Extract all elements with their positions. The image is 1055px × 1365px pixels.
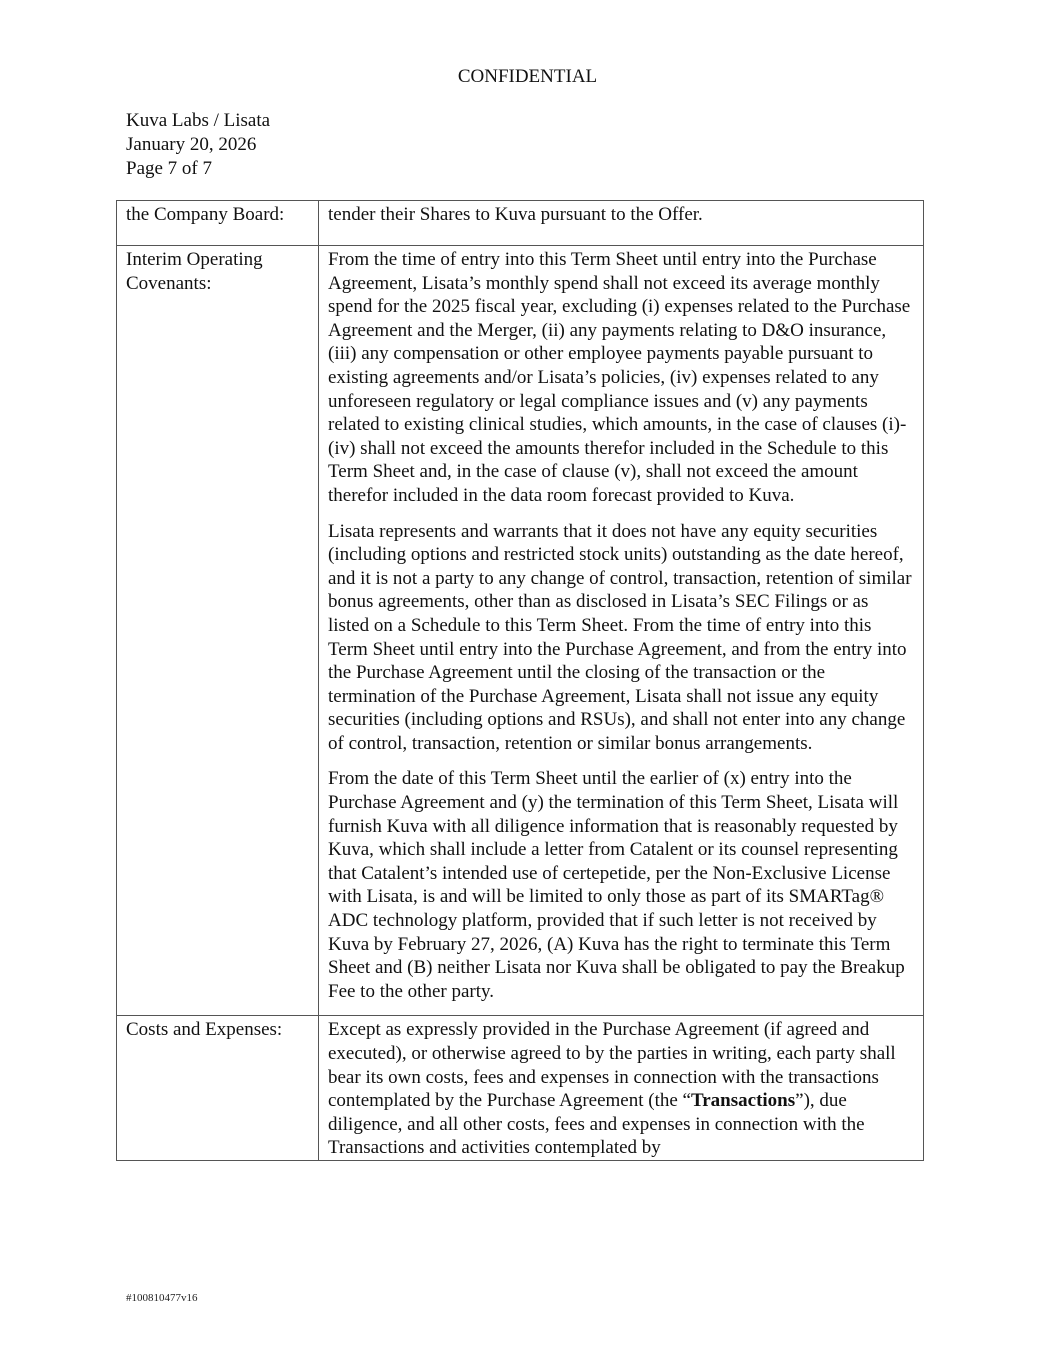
term-label: Interim Operating Covenants:: [117, 246, 319, 1016]
term-paragraph: tender their Shares to Kuva pursuant to …: [328, 203, 914, 227]
term-paragraph: From the date of this Term Sheet until t…: [328, 767, 914, 1003]
term-label: the Company Board:: [117, 201, 319, 246]
parties-line: Kuva Labs / Lisata: [126, 109, 270, 133]
confidential-header: CONFIDENTIAL: [0, 65, 1055, 88]
term-paragraph: Lisata represents and warrants that it d…: [328, 520, 914, 756]
table-row: Costs and Expenses: Except as expressly …: [117, 1016, 924, 1161]
page-number-line: Page 7 of 7: [126, 157, 270, 181]
letter-header-block: Kuva Labs / Lisata January 20, 2026 Page…: [126, 109, 270, 181]
term-paragraph: From the time of entry into this Term Sh…: [328, 248, 914, 508]
term-content: tender their Shares to Kuva pursuant to …: [319, 201, 924, 246]
date-line: January 20, 2026: [126, 133, 270, 157]
term-sheet-table: the Company Board: tender their Shares t…: [116, 200, 924, 1161]
term-content: Except as expressly provided in the Purc…: [319, 1016, 924, 1161]
table-row: the Company Board: tender their Shares t…: [117, 201, 924, 246]
table-row: Interim Operating Covenants: From the ti…: [117, 246, 924, 1016]
defined-term: Transactions: [691, 1090, 795, 1111]
term-content: From the time of entry into this Term Sh…: [319, 246, 924, 1016]
document-id-footer: #100810477v16: [126, 1292, 198, 1305]
term-paragraph: Except as expressly provided in the Purc…: [328, 1018, 914, 1160]
term-label: Costs and Expenses:: [117, 1016, 319, 1161]
